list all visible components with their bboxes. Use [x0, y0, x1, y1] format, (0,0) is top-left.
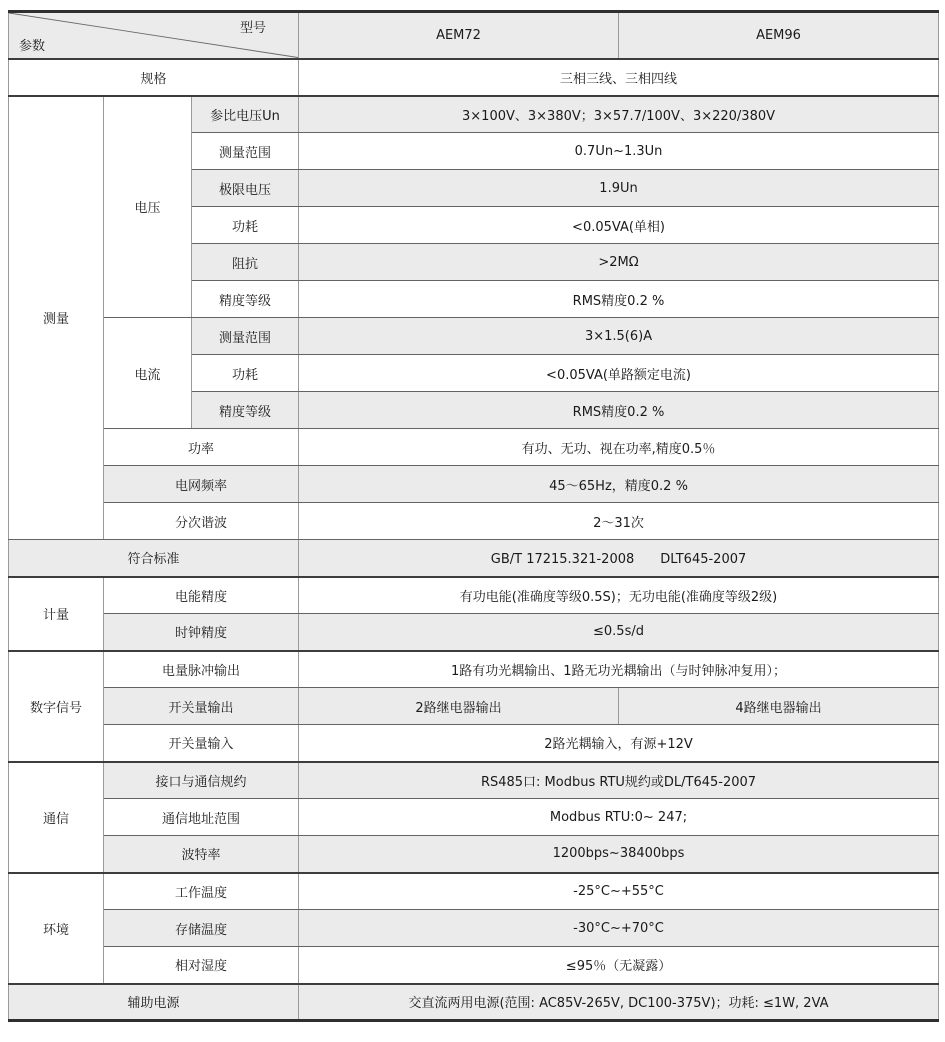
param-switch-input: 开关量输入 — [104, 725, 299, 762]
value-voltage-limit: 1.9Un — [299, 170, 939, 207]
value-working-temp: -25°C~+55°C — [299, 873, 939, 910]
param-power: 功率 — [104, 429, 299, 466]
param-voltage-consumption: 功耗 — [192, 207, 299, 244]
param-baud-rate: 波特率 — [104, 836, 299, 873]
value-switch-output-aem72: 2路继电器输出 — [299, 688, 619, 725]
param-working-temp: 工作温度 — [104, 873, 299, 910]
value-current-range: 3×1.5(6)A — [299, 318, 939, 355]
value-humidity: ≤95％（无凝露） — [299, 947, 939, 984]
param-voltage-limit: 极限电压 — [192, 170, 299, 207]
standards-value: GB/T 17215.321-2008 DLT645-2007 — [299, 540, 939, 577]
spec-table: 型号 参数 AEM72 AEM96 规格 三相三线、三相四线 测量 电压 参比电… — [8, 10, 939, 1022]
value-harmonics: 2～31次 — [299, 503, 939, 540]
param-storage-temp: 存储温度 — [104, 910, 299, 947]
value-power: 有功、无功、视在功率,精度0.5％ — [299, 429, 939, 466]
section-metering: 计量 — [9, 577, 104, 651]
value-clock-accuracy: ≤0.5s/d — [299, 614, 939, 651]
value-voltage-range: 0.7Un~1.3Un — [299, 133, 939, 170]
value-switch-output-aem96: 4路继电器输出 — [619, 688, 939, 725]
param-current-accuracy: 精度等级 — [192, 392, 299, 429]
value-baud-rate: 1200bps~38400bps — [299, 836, 939, 873]
param-humidity: 相对湿度 — [104, 947, 299, 984]
value-current-accuracy: RMS精度0.2 % — [299, 392, 939, 429]
param-clock-accuracy: 时钟精度 — [104, 614, 299, 651]
section-communication: 通信 — [9, 762, 104, 873]
value-frequency: 45～65Hz，精度0.2 % — [299, 466, 939, 503]
aux-power-label: 辅助电源 — [9, 984, 299, 1021]
param-comm-address: 通信地址范围 — [104, 799, 299, 836]
spec-label: 规格 — [9, 59, 299, 96]
param-comm-protocol: 接口与通信规约 — [104, 762, 299, 799]
param-pulse-output: 电量脉冲输出 — [104, 651, 299, 688]
header-corner-parameter-label: 参数 — [19, 35, 45, 54]
aux-power-value: 交直流两用电源(范围: AC85V-265V, DC100-375V)；功耗: … — [299, 984, 939, 1021]
param-harmonics: 分次谐波 — [104, 503, 299, 540]
param-current-range: 测量范围 — [192, 318, 299, 355]
param-energy-accuracy: 电能精度 — [104, 577, 299, 614]
value-voltage-impedance: >2MΩ — [299, 244, 939, 281]
value-voltage-consumption: <0.05VA(单相) — [299, 207, 939, 244]
section-digital-signal: 数字信号 — [9, 651, 104, 762]
param-switch-output: 开关量输出 — [104, 688, 299, 725]
param-voltage-accuracy: 精度等级 — [192, 281, 299, 318]
value-energy-accuracy: 有功电能(准确度等级0.5S)；无功电能(准确度等级2级) — [299, 577, 939, 614]
subsection-voltage: 电压 — [104, 96, 192, 318]
spec-value: 三相三线、三相四线 — [299, 59, 939, 96]
header-model-aem72: AEM72 — [299, 12, 619, 59]
header-corner-model-label: 型号 — [240, 17, 266, 36]
param-frequency: 电网频率 — [104, 466, 299, 503]
param-voltage-range: 测量范围 — [192, 133, 299, 170]
value-comm-address: Modbus RTU:0~ 247; — [299, 799, 939, 836]
param-current-consumption: 功耗 — [192, 355, 299, 392]
value-storage-temp: -30°C~+70°C — [299, 910, 939, 947]
section-environment: 环境 — [9, 873, 104, 984]
param-voltage-impedance: 阻抗 — [192, 244, 299, 281]
value-voltage-accuracy: RMS精度0.2 % — [299, 281, 939, 318]
value-comm-protocol: RS485口: Modbus RTU规约或DL/T645-2007 — [299, 762, 939, 799]
value-switch-input: 2路光耦输入，有源+12V — [299, 725, 939, 762]
value-current-consumption: <0.05VA(单路额定电流) — [299, 355, 939, 392]
value-ref-voltage: 3×100V、3×380V；3×57.7/100V、3×220/380V — [299, 96, 939, 133]
section-measurement: 测量 — [9, 96, 104, 540]
subsection-current: 电流 — [104, 318, 192, 429]
value-pulse-output: 1路有功光耦输出、1路无功光耦输出（与时钟脉冲复用）； — [299, 651, 939, 688]
param-ref-voltage: 参比电压Un — [192, 96, 299, 133]
header-corner-cell: 型号 参数 — [9, 12, 299, 59]
header-model-aem96: AEM96 — [619, 12, 939, 59]
standards-label: 符合标准 — [9, 540, 299, 577]
